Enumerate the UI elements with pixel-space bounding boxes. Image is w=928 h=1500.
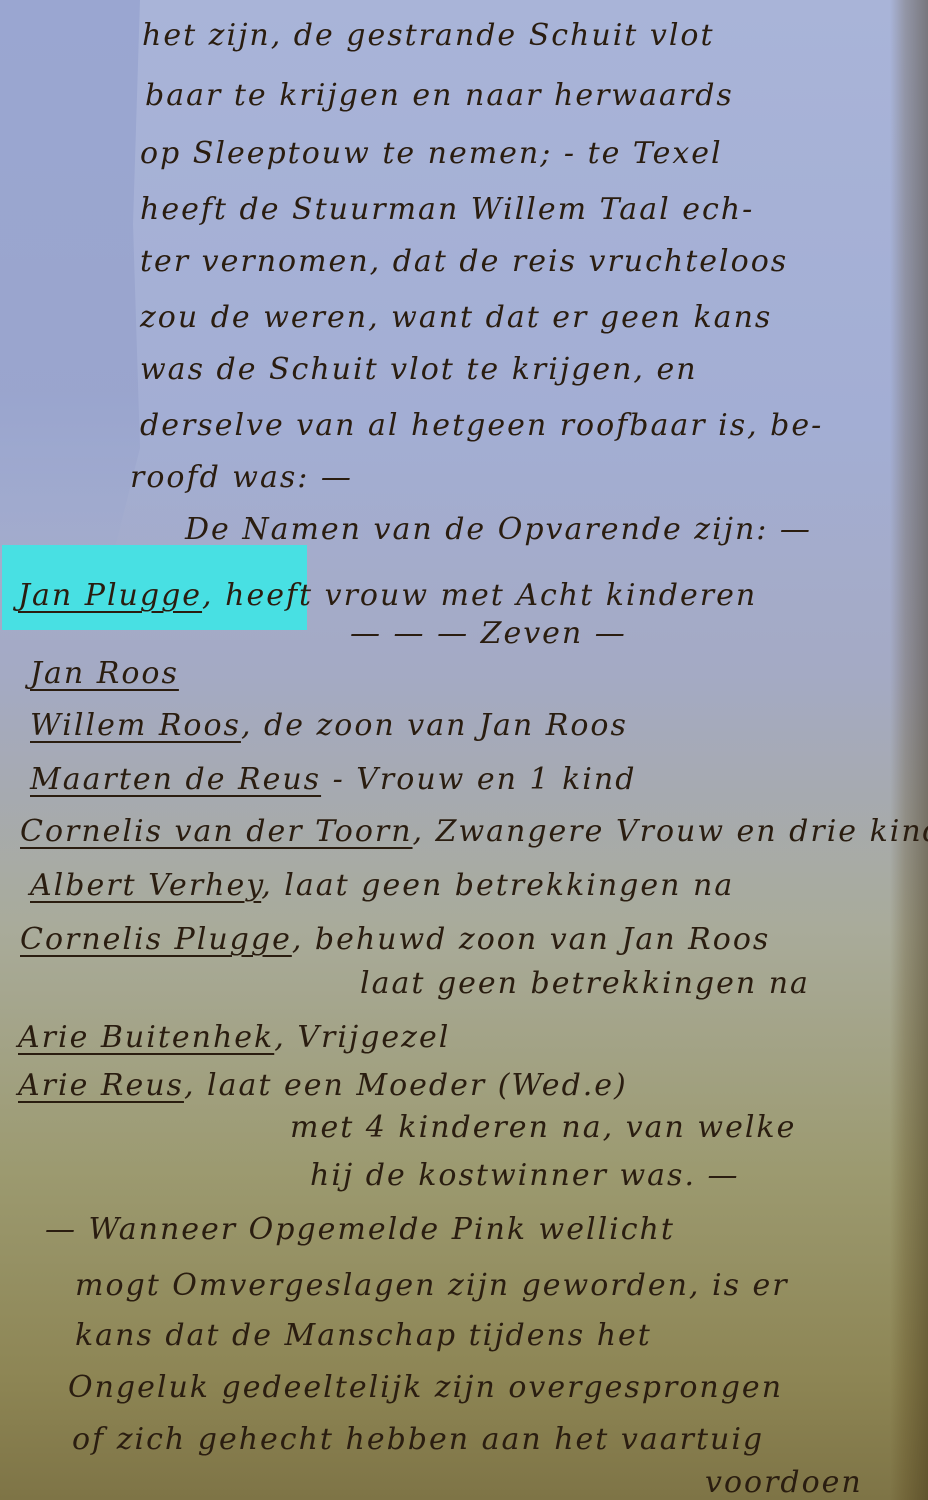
manuscript-line: mogt Omvergeslagen zijn geworden, is er: [75, 1268, 789, 1303]
manuscript-line: kans dat de Manschap tijdens het: [75, 1318, 652, 1353]
manuscript-line: was de Schuit vlot te krijgen, en: [140, 352, 698, 387]
manuscript-line: Cornelis Plugge, behuwd zoon van Jan Roo…: [20, 922, 770, 957]
manuscript-line: roofd was: —: [130, 460, 353, 495]
manuscript-line: Jan Plugge, heeft vrouw met Acht kindere…: [18, 578, 757, 613]
underlined-name: Maarten de Reus: [30, 762, 321, 797]
manuscript-line: De Namen van de Opvarende zijn: —: [185, 512, 812, 547]
manuscript-line: Willem Roos, de zoon van Jan Roos: [30, 708, 628, 743]
manuscript-line: Albert Verhey, laat geen betrekkingen na: [30, 868, 734, 903]
manuscript-line: ter vernomen, dat de reis vruchteloos: [140, 244, 788, 279]
manuscript-line: Ongeluk gedeeltelijk zijn overgesprongen: [68, 1370, 783, 1405]
underlined-name: Cornelis van der Toorn: [20, 814, 413, 849]
manuscript-line: Arie Buitenhek, Vrijgezel: [18, 1020, 450, 1055]
paper-edge-shadow: [890, 0, 928, 1500]
manuscript-line: Maarten de Reus - Vrouw en 1 kind: [30, 762, 636, 797]
manuscript-line: — — — Zeven —: [350, 616, 627, 651]
line-remainder: , de zoon van Jan Roos: [241, 708, 628, 743]
line-remainder: , Vrijgezel: [274, 1020, 450, 1055]
manuscript-line: zou de weren, want dat er geen kans: [140, 300, 772, 335]
manuscript-line: hij de kostwinner was. —: [310, 1158, 740, 1193]
underlined-name: Willem Roos: [30, 708, 241, 743]
paper-fold-shadow: [0, 0, 140, 560]
line-remainder: , heeft vrouw met Acht kinderen: [202, 578, 757, 613]
underlined-name: Arie Reus: [18, 1068, 184, 1103]
line-remainder: , behuwd zoon van Jan Roos: [292, 922, 770, 957]
underlined-name: Jan Plugge: [18, 578, 202, 613]
underlined-name: Jan Roos: [30, 656, 179, 691]
manuscript-line: het zijn, de gestrande Schuit vlot: [142, 18, 715, 53]
manuscript-line: derselve van al hetgeen roofbaar is, be-: [140, 408, 823, 443]
manuscript-line: voordoen: [705, 1465, 863, 1500]
underlined-name: Albert Verhey: [30, 868, 261, 903]
line-remainder: - Vrouw en 1 kind: [321, 762, 636, 797]
manuscript-line: Arie Reus, laat een Moeder (Wed.e): [18, 1068, 628, 1103]
manuscript-page: het zijn, de gestrande Schuit vlotbaar t…: [0, 0, 928, 1500]
manuscript-line: of zich gehecht hebben aan het vaartuig: [72, 1422, 764, 1457]
line-remainder: , laat geen betrekkingen na: [261, 868, 734, 903]
manuscript-line: Jan Roos: [30, 656, 179, 691]
manuscript-line: baar te krijgen en naar herwaards: [145, 78, 734, 113]
manuscript-line: Cornelis van der Toorn, Zwangere Vrouw e…: [20, 814, 928, 849]
underlined-name: Arie Buitenhek: [18, 1020, 274, 1055]
manuscript-line: op Sleeptouw te nemen; - te Texel: [140, 136, 723, 171]
underlined-name: Cornelis Plugge: [20, 922, 292, 957]
manuscript-line: — Wanneer Opgemelde Pink wellicht: [45, 1212, 675, 1247]
manuscript-line: heeft de Stuurman Willem Taal ech-: [140, 192, 754, 227]
manuscript-line: met 4 kinderen na, van welke: [290, 1110, 796, 1145]
line-remainder: , laat een Moeder (Wed.e): [184, 1068, 628, 1103]
manuscript-line: laat geen betrekkingen na: [360, 966, 810, 1001]
line-remainder: , Zwangere Vrouw en drie kinderen: [413, 814, 928, 849]
